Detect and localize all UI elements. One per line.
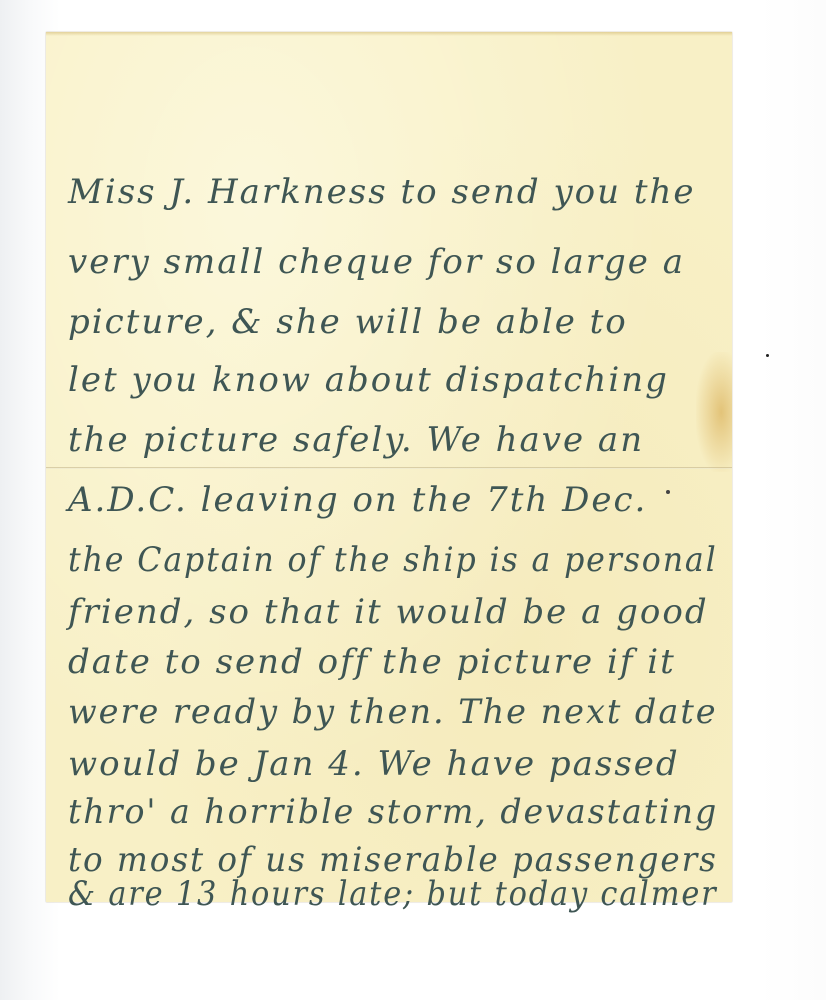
handwritten-line-7: the Captain of the ship is a personal [68,540,718,580]
paper-edge [46,32,732,36]
handwritten-line-1: Miss J. Harkness to send you the [68,172,696,212]
handwritten-line-8: friend, so that it would be a good [68,592,709,632]
handwritten-line-4: let you know about dispatching [68,360,669,400]
handwritten-line-14: & are 13 hours late; but today calmer [68,874,717,914]
handwritten-line-3: picture, & she will be able to [68,302,628,342]
handwritten-line-11: would be Jan 4. We have passed [68,744,680,784]
handwritten-line-5: the picture safely. We have an [68,420,644,460]
handwritten-line-6: A.D.C. leaving on the 7th Dec. [68,480,647,520]
handwritten-line-9: date to send off the picture if it [68,642,676,682]
fold-line [46,467,732,469]
handwritten-line-10: were ready by then. The next date [68,692,718,732]
scan-speck [766,354,769,357]
water-stain [696,352,732,472]
scanned-page: Miss J. Harkness to send you the very sm… [0,0,826,1000]
handwritten-line-2: very small cheque for so large a [68,242,685,282]
ink-blot [666,490,670,494]
handwritten-line-12: thro' a horrible storm, devastating [68,792,718,832]
letter-paper: Miss J. Harkness to send you the very sm… [46,32,732,902]
